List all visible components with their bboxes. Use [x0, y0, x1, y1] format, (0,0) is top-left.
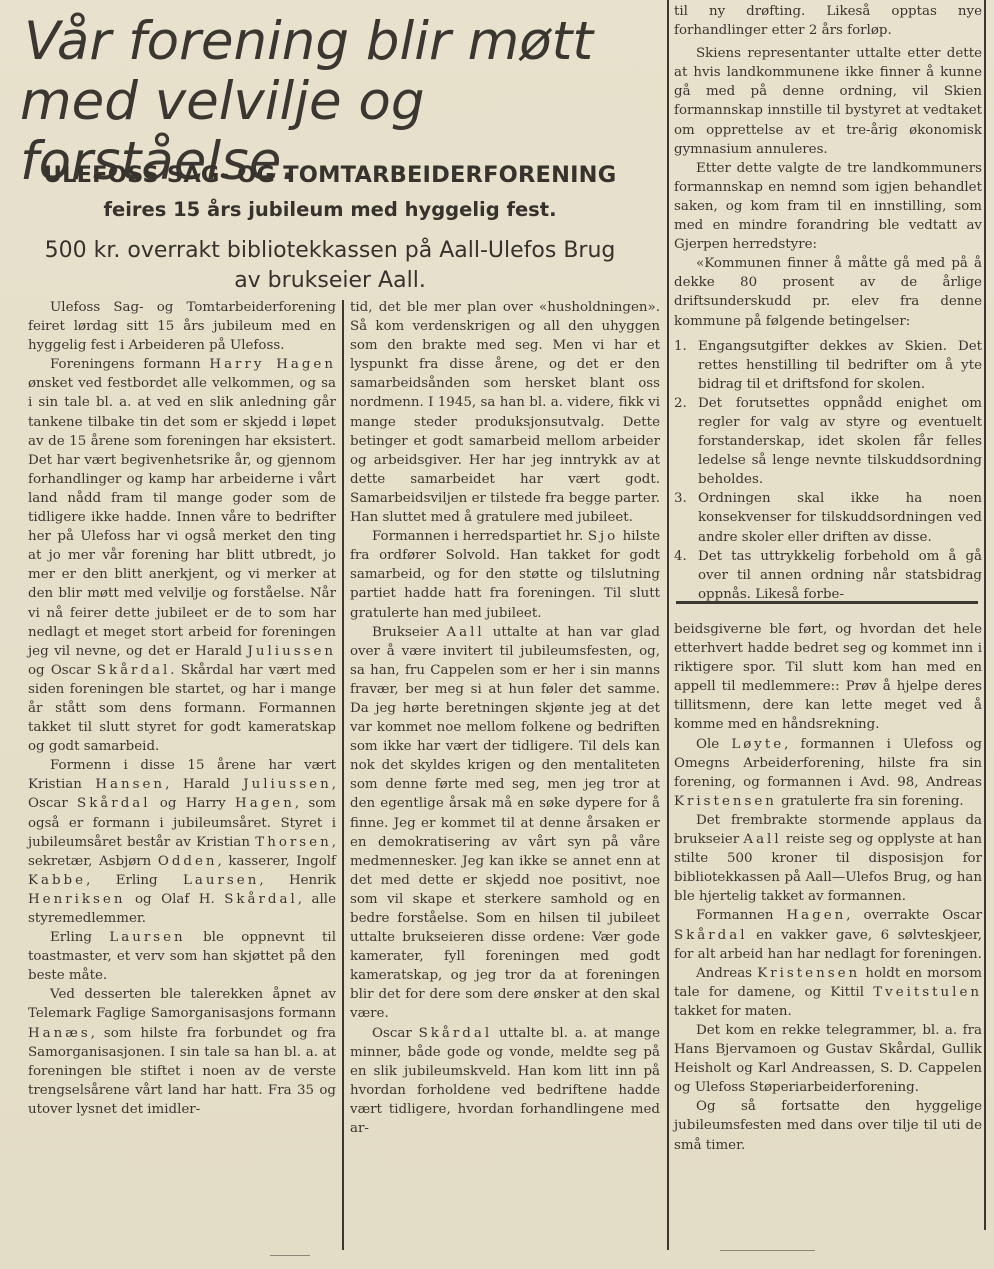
paragraph: Skiens representanter uttalte etter dett… [674, 44, 982, 159]
person-name: Harry Hagen [209, 357, 336, 372]
deck-line-1: 500 kr. overrakt bibliotekkassen på Aall… [0, 236, 660, 266]
condition-item: 2.Det forutsettes oppnådd enighet om reg… [674, 394, 982, 489]
paragraph: Brukseier Aall uttalte at han var glad o… [350, 623, 660, 1024]
paragraph: Ved desserten ble talerekken åpnet av Te… [28, 985, 336, 1119]
paragraph: Andreas Kristensen holdt en morsom tale … [674, 964, 982, 1021]
paragraph: Etter dette valgte de tre landkommuners … [674, 159, 982, 254]
paragraph: beidsgiverne ble ført, og hvordan det he… [674, 620, 982, 735]
paragraph: «Kommunen finner å måtte gå med på å dek… [674, 254, 982, 330]
paragraph: Ulefoss Sag- og Tomtarbeiderforening fei… [28, 298, 336, 355]
end-mark [270, 1255, 310, 1256]
end-mark [720, 1250, 815, 1251]
paragraph: Erling Laursen ble oppnevnt til toastmas… [28, 928, 336, 985]
person-name: Juliussen [248, 644, 336, 659]
deck: 500 kr. overrakt bibliotekkassen på Aall… [0, 236, 660, 296]
paragraph: Det kom en rekke telegrammer, bl. a. fra… [674, 1021, 982, 1097]
article-column-3: beidsgiverne ble ført, og hvordan det he… [674, 620, 982, 1155]
paragraph: Ole Løyte, formannen i Ulefoss og Omegns… [674, 735, 982, 811]
paragraph: tid, det ble mer plan over «husholdninge… [350, 298, 660, 527]
paragraph: Oscar Skårdal uttalte bl. a. at mange mi… [350, 1024, 660, 1139]
column-rule-2 [667, 0, 669, 1250]
column-rule-1 [342, 300, 344, 1250]
paragraph: Formannen Hagen, overrakte Oscar Skårdal… [674, 906, 982, 963]
other-article-column: til ny drøfting. Likeså opptas nye forha… [674, 2, 982, 604]
conditions-list: 1.Engangsutgifter dekkes av Skien. Det r… [674, 337, 982, 604]
column-rule-edge [984, 0, 986, 1230]
condition-item: 1.Engangsutgifter dekkes av Skien. Det r… [674, 337, 982, 394]
paragraph: Formannen i herredspartiet hr. Sjo hilst… [350, 527, 660, 622]
article-column-2: tid, det ble mer plan over «husholdninge… [350, 298, 660, 1138]
kicker-subtitle: feires 15 års jubileum med hyggelig fest… [0, 198, 660, 221]
headline-line-1: Vår forening blir møtt [24, 12, 660, 72]
person-name: Skårdal [97, 663, 171, 678]
condition-item: 4.Det tas uttrykkelig forbehold om å gå … [674, 547, 982, 604]
paragraph: Og så fortsatte den hyggelige jubileumsf… [674, 1097, 982, 1154]
paragraph: Det frembrakte stormende applaus da bruk… [674, 811, 982, 906]
kicker-organization: ULEFOSS SAG- OG TOMTARBEIDERFORENING [0, 162, 660, 188]
deck-line-2: av brukseier Aall. [0, 266, 660, 296]
condition-item: 3.Ordningen skal ikke ha noen konsekvens… [674, 489, 982, 546]
article-column-1: Ulefoss Sag- og Tomtarbeiderforening fei… [28, 298, 336, 1119]
paragraph: Foreningens formann Harry Hagen ønsket v… [28, 355, 336, 756]
paragraph: Formenn i disse 15 årene har vært Kristi… [28, 756, 336, 928]
paragraph: til ny drøfting. Likeså opptas nye forha… [674, 2, 982, 40]
newspaper-page: Vår forening blir møtt med velvilje og f… [0, 0, 994, 1269]
